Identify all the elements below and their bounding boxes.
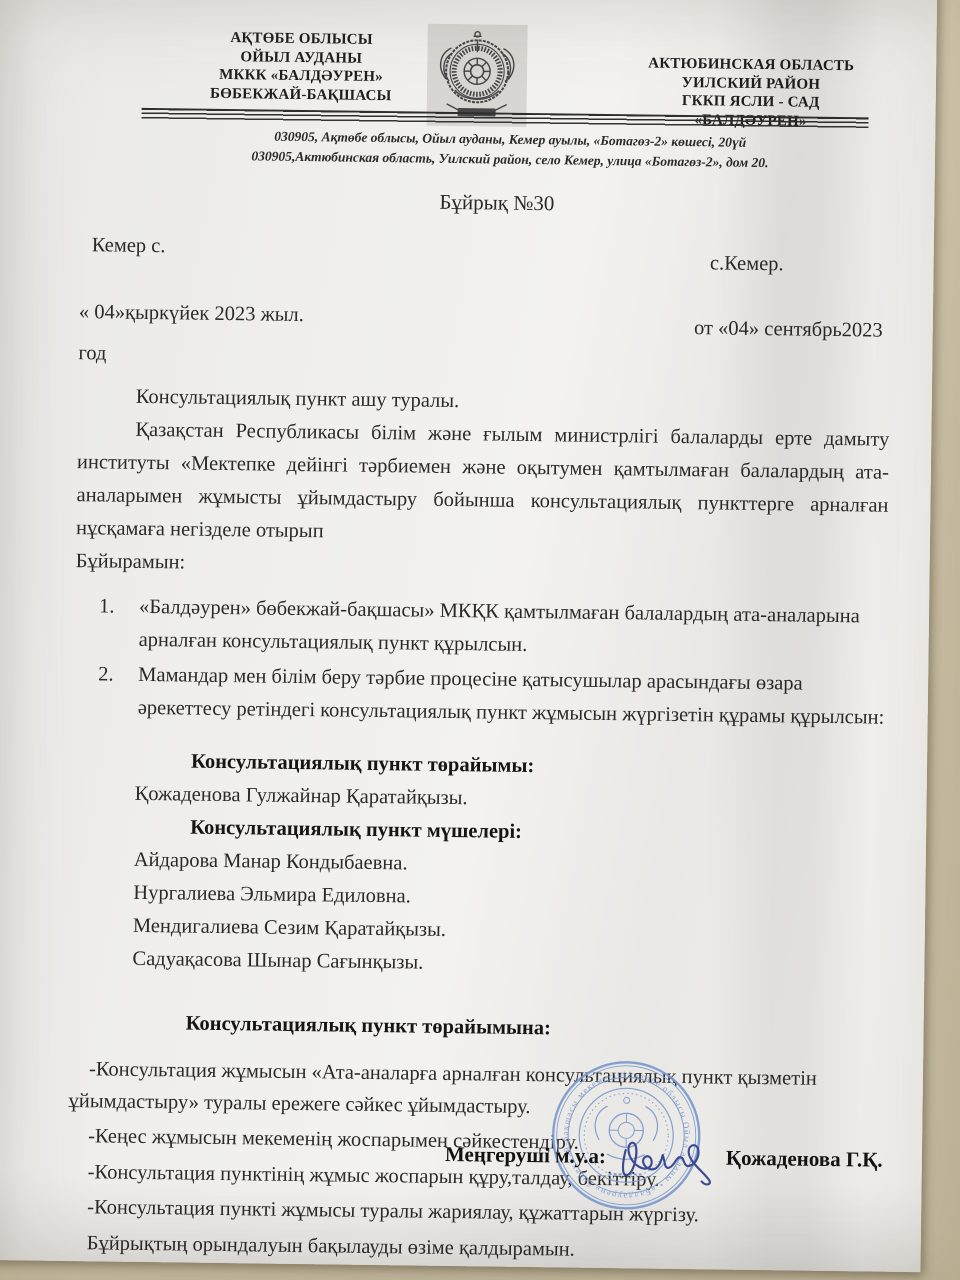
place-russian: с.Кемер. [710,247,784,281]
signer-name: Қожаденова Г.Қ. [726,1146,883,1173]
photo-of-document: АҚТӨБЕ ОБЛЫСЫ ОЙЫЛ АУДАНЫ МККК «БАЛДӘУРЕ… [0,0,960,1280]
control-line: Бұйрықтың орындалуын бақылауды өзіме қал… [67,1228,879,1270]
item-number: 1. [99,590,115,623]
handwritten-signature [613,1128,726,1195]
order-title: Бұйрық №30 [19,184,960,221]
document-page: АҚТӨБЕ ОБЛЫСЫ ОЙЫЛ АУДАНЫ МККК «БАЛДӘУРЕ… [0,0,937,1272]
signature-label: Меңгеруші м.у.а: [445,1142,606,1169]
address-block: 030905, Ақтөбе облысы, Ойыл ауданы, Кеме… [160,125,860,173]
place-kazakh: Кемер с. [91,229,165,273]
duties-heading: Консультациялық пункт төрайымына: [69,1006,881,1050]
date-kazakh: « 04»қыркүйек 2023 жыл. [79,296,304,340]
letterhead-kazakh: АҚТӨБЕ ОБЛЫСЫ ОЙЫЛ АУДАНЫ МККК «БАЛДӘУРЕ… [151,28,452,106]
order-preamble: Қазақстан Республикасы білім және ғылым … [76,413,890,556]
item-number: 2. [98,658,114,691]
duty-line: -Консультация пункті жұмысы туралы жария… [67,1192,879,1234]
duty-line: -Консультация жұмысын «Ата-аналарға арна… [68,1054,881,1128]
order-body: Кемер с. с.Кемер. « 04»қыркүйек 2023 жыл… [67,229,892,1270]
org-line: БӨБЕКЖАЙ-БАҚШАСЫ [151,84,451,106]
order-items: 1. «Балдәурен» бөбекжай-бақшасы» МКҚК қа… [74,590,888,735]
date-russian: от «04» сентябрь2023 [694,312,883,347]
order-item: 1. «Балдәурен» бөбекжай-бақшасы» МКҚК қа… [138,591,887,667]
item-text: «Балдәурен» бөбекжай-бақшасы» МКҚК қамты… [139,596,860,656]
order-item: 2. Мамандар мен білім беру тәрбие процес… [138,659,887,735]
place-row: Кемер с. с.Кемер. [79,229,891,283]
item-text: Мамандар мен білім беру тәрбие процесіне… [138,664,885,729]
